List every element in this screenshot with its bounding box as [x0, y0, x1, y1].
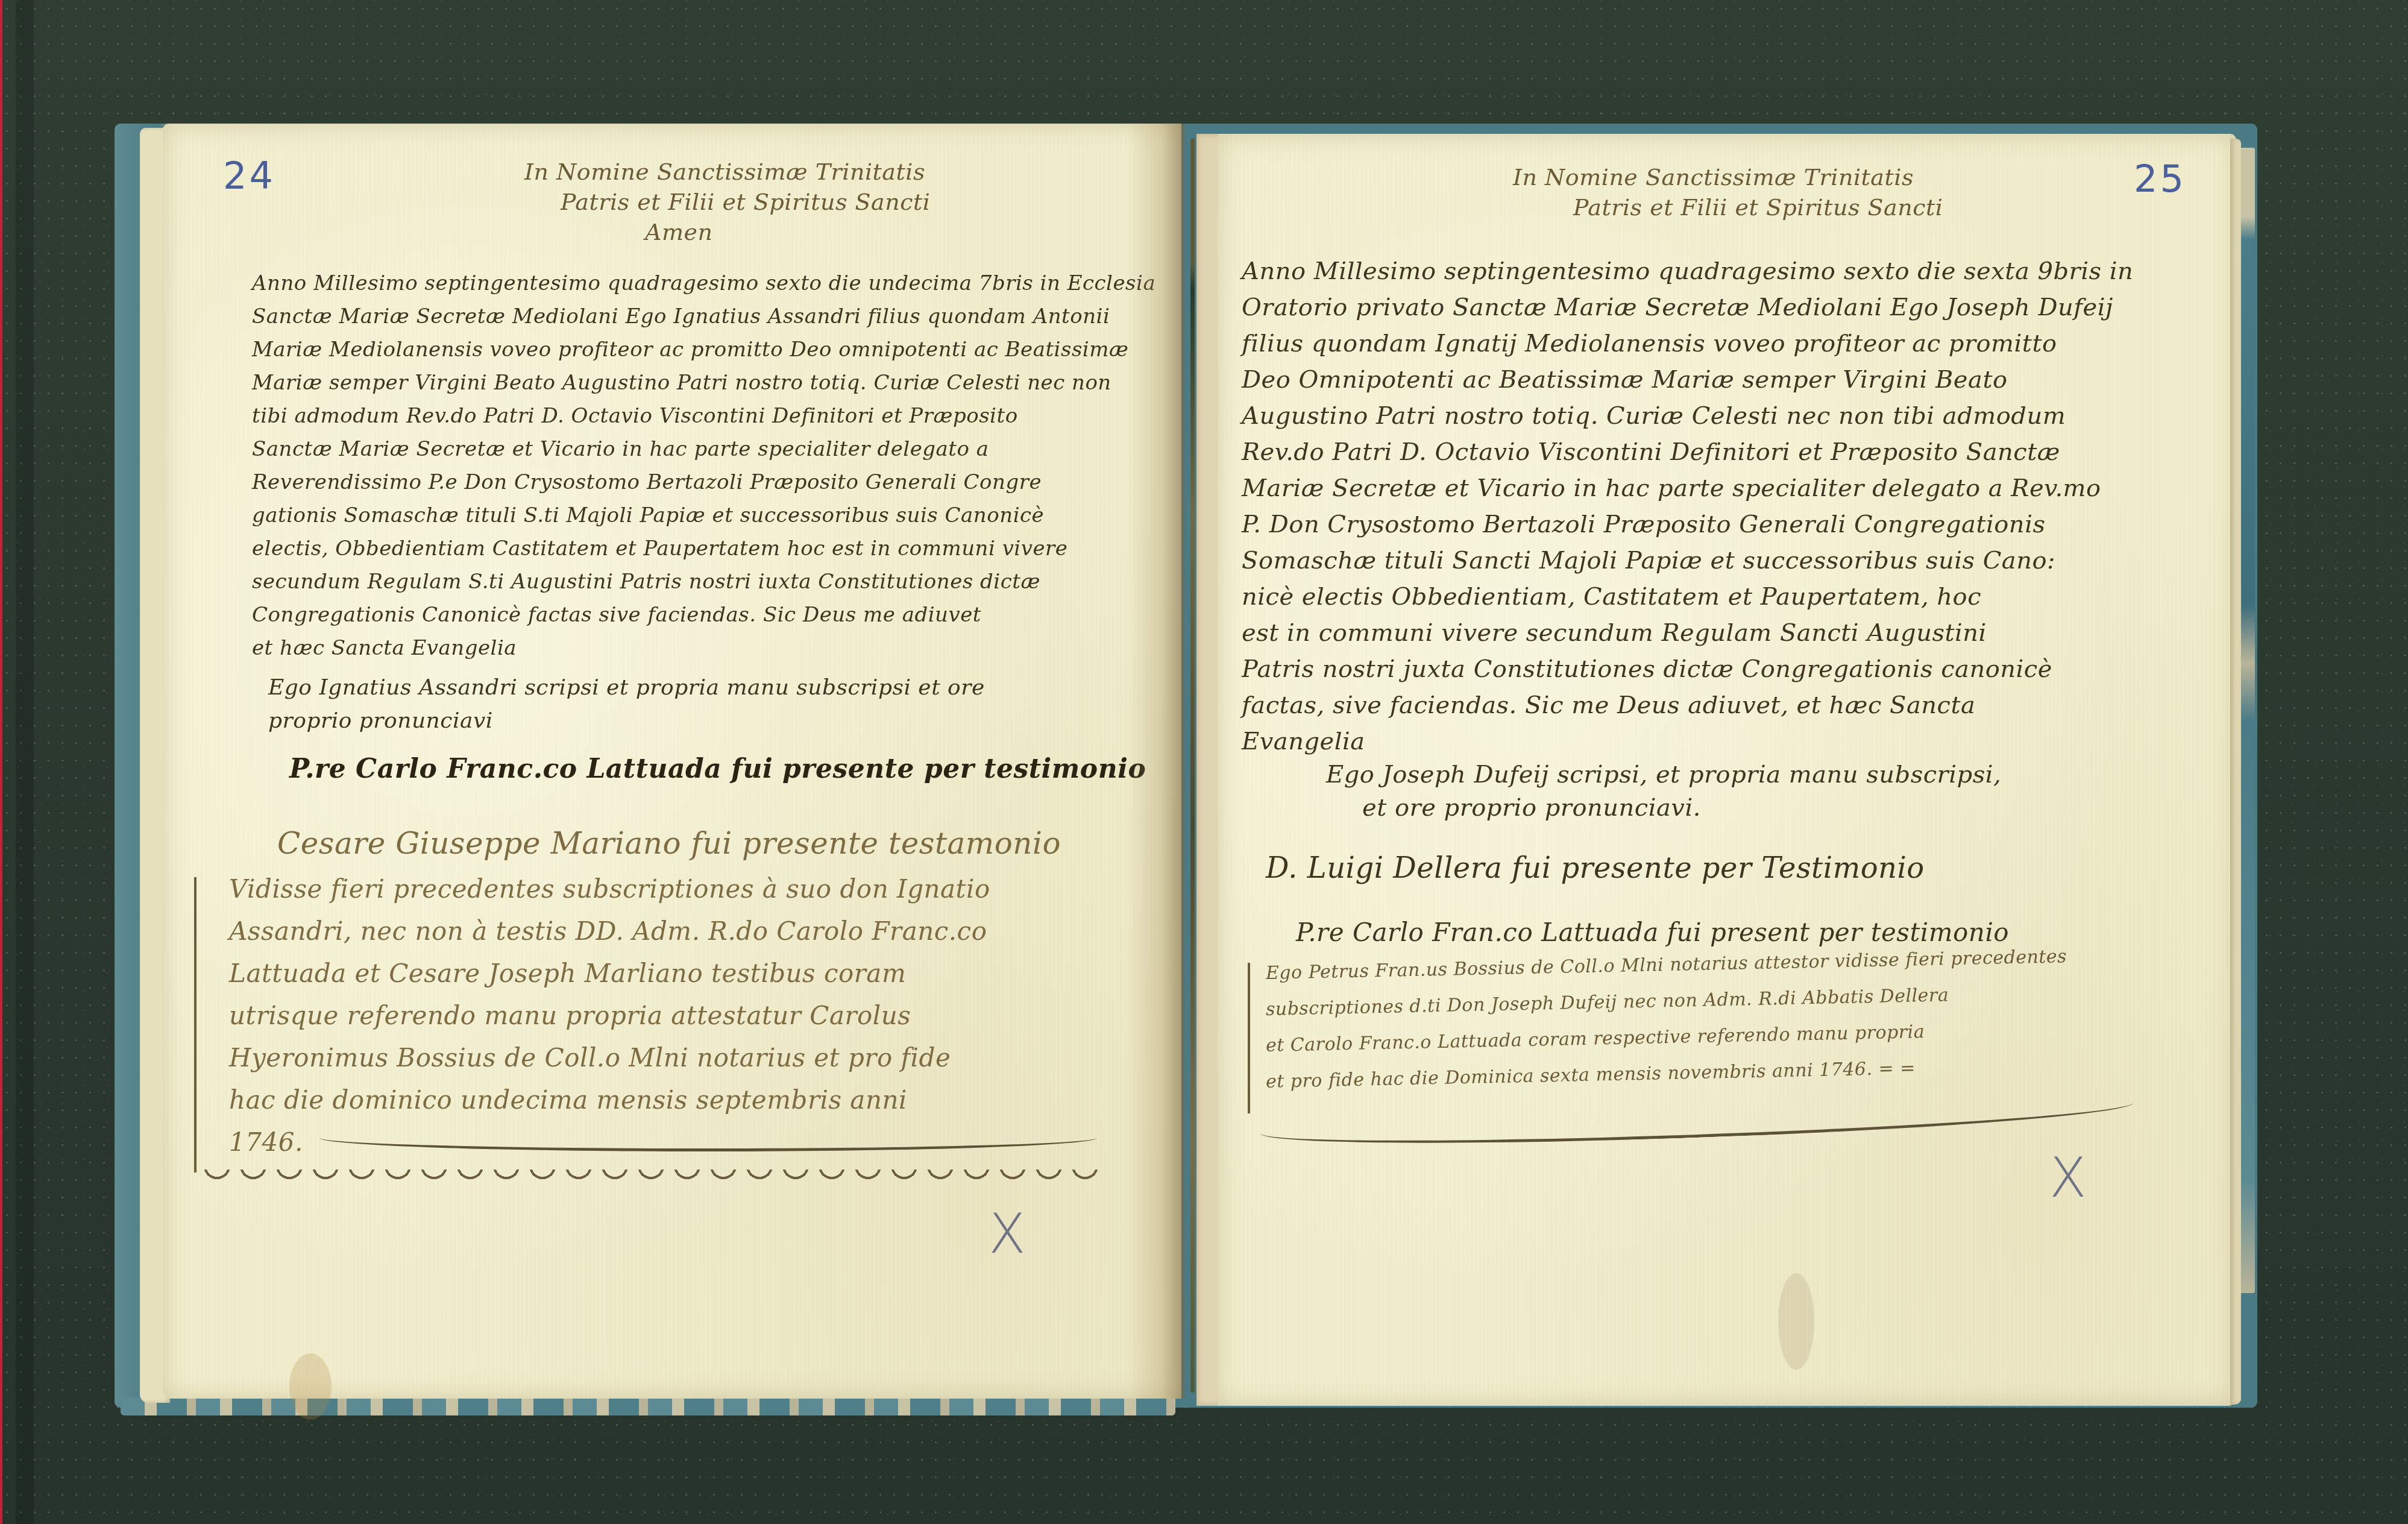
- signature-line: Ego Joseph Dufeij scripsi, et propria ma…: [1326, 761, 2001, 789]
- attestation-line: subscriptiones d.ti Don Joseph Dufeij ne…: [1266, 984, 1949, 1020]
- body-line: Mariæ Secretæ et Vicario in hac parte sp…: [1242, 474, 2101, 502]
- body-line: Somaschæ tituli Sancti Majoli Papiæ et s…: [1242, 547, 2055, 575]
- body-line: Mariæ Mediolanensis voveo profiteor ac p…: [252, 338, 1128, 362]
- attestation-line: et Carolo Franc.o Lattuada coram respect…: [1266, 1021, 1925, 1056]
- right-page-stack: [2230, 139, 2241, 1405]
- attestation-line: et pro fide hac die Dominica sexta mensi…: [1266, 1057, 1916, 1092]
- attestation-line: Vidisse fieri precedentes subscriptiones…: [229, 874, 990, 904]
- attestation-line: Lattuada et Cesare Joseph Marliano testi…: [229, 959, 906, 988]
- attestation-line: Hyeronimus Bossius de Coll.o Mlni notari…: [229, 1043, 951, 1072]
- body-line: Reverendissimo P.e Don Crysostomo Bertaz…: [252, 470, 1042, 494]
- body-line: Anno Millesimo septingentesimo quadrages…: [1242, 257, 2133, 285]
- mat-shadow: [16, 0, 34, 1524]
- witness-signature: P.re Carlo Franc.co Lattuada fui present…: [289, 754, 1146, 784]
- body-line: gationis Somaschæ tituli S.ti Majoli Pap…: [252, 503, 1044, 527]
- attestation-bracket: [1248, 963, 1261, 1113]
- left-page: 24 In Nomine Sanctissimæ Trinitatis Patr…: [163, 124, 1181, 1399]
- attestation-line: hac die dominico undecima mensis septemb…: [229, 1085, 907, 1115]
- witness-signature: Cesare Giuseppe Mariano fui presente tes…: [277, 826, 1061, 861]
- scan-edge-marker: [0, 0, 2, 1524]
- attestation-line: Assandri, nec non à testis DD. Adm. R.do…: [229, 916, 987, 946]
- folio-number: 25: [2134, 157, 2186, 201]
- body-line: filius quondam Ignatij Mediolanensis vov…: [1242, 330, 2057, 357]
- body-line: secundum Regulam S.ti Augustini Patris n…: [252, 570, 1040, 594]
- signature-line: Ego Ignatius Assandri scripsi et propria…: [268, 675, 985, 700]
- body-line: est in communi vivere secundum Regulam S…: [1242, 619, 1987, 647]
- closing-flourish: [1259, 1083, 2134, 1153]
- body-line: tibi admodum Rev.do Patri D. Octavio Vis…: [252, 404, 1018, 428]
- body-line: Congregationis Canonicè factas sive faci…: [252, 603, 981, 627]
- heading-line: In Nomine Sanctissimæ Trinitatis: [1513, 164, 1914, 190]
- attestation-line: utrisque referendo manu propria attestat…: [229, 1001, 911, 1030]
- paper-stain: [1778, 1273, 1814, 1370]
- body-line: Sanctæ Mariæ Secretæ Mediolani Ego Ignat…: [252, 304, 1110, 329]
- heading-line: In Nomine Sanctissimæ Trinitatis: [524, 159, 925, 185]
- body-line: Oratorio privato Sanctæ Mariæ Secretæ Me…: [1242, 294, 2113, 321]
- body-line: et hæc Sancta Evangelia: [252, 636, 517, 660]
- gutter-shadow: [1127, 124, 1184, 1399]
- heading-line: Amen: [645, 219, 712, 245]
- attestation-line: Ego Petrus Fran.us Bossius de Coll.o Mln…: [1266, 946, 2067, 984]
- body-line: Augustino Patri nostro totiq. Curiæ Cele…: [1242, 402, 2066, 430]
- body-line: P. Don Crysostomo Bertazoli Præposito Ge…: [1242, 511, 2045, 538]
- body-line: Sanctæ Mariæ Secretæ et Vicario in hac p…: [252, 437, 989, 461]
- attestation-bracket: [194, 877, 207, 1173]
- heading-line: Patris et Filii et Spiritus Sancti: [561, 189, 930, 215]
- body-line: electis, Obbedientiam Castitatem et Paup…: [252, 537, 1067, 561]
- binding-bottom-edge: [121, 1397, 1175, 1415]
- body-line: Mariæ semper Virgini Beato Augustino Pat…: [252, 371, 1111, 395]
- body-line: Anno Millesimo septingentesimo quadrages…: [252, 271, 1155, 295]
- body-line: Evangelia: [1242, 728, 1365, 755]
- witness-signature: P.re Carlo Fran.co Lattuada fui present …: [1296, 918, 2009, 947]
- body-line: Patris nostri juxta Constitutiones dictæ…: [1242, 655, 2052, 683]
- paper-stain: [289, 1353, 332, 1420]
- body-line: Deo Omnipotenti ac Beatissimæ Mariæ semp…: [1242, 366, 2008, 394]
- body-line: nicè electis Obbedientiam, Castitatem et…: [1242, 583, 1981, 611]
- closing-flourish: [319, 1124, 1097, 1151]
- heading-line: Patris et Filii et Spiritus Sancti: [1573, 194, 1943, 221]
- signature-line: et ore proprio pronunciavi.: [1362, 794, 1701, 822]
- closing-wavy-line: [199, 1170, 1103, 1184]
- pencil-mark: X: [2049, 1147, 2087, 1210]
- right-page: 25 In Nomine Sanctissimæ Trinitatis Patr…: [1218, 134, 2236, 1406]
- attestation-line: 1746.: [229, 1127, 303, 1157]
- witness-signature: D. Luigi Dellera fui presente per Testim…: [1266, 851, 1925, 885]
- spine-crack: [1190, 139, 1195, 1393]
- body-line: factas, sive faciendas. Sic me Deus adiu…: [1242, 691, 1975, 719]
- signature-line: proprio pronunciavi: [268, 708, 493, 733]
- pencil-mark: X: [989, 1203, 1026, 1266]
- body-line: Rev.do Patri D. Octavio Viscontini Defin…: [1242, 438, 2060, 466]
- folio-number: 24: [223, 154, 275, 198]
